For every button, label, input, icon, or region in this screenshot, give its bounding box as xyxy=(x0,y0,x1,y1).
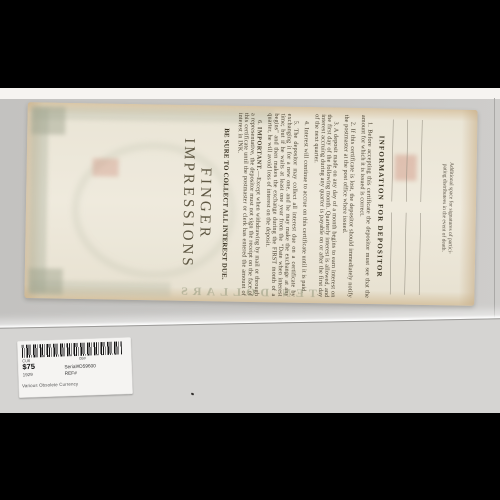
dealer-label: CU6 09# $75 1929 Serial#D59600 REF# Vari… xyxy=(17,337,133,398)
certificate-note: Additional space for signatures of parti… xyxy=(24,102,477,306)
holder-top-strip xyxy=(0,88,500,99)
signature-rule-row xyxy=(390,119,408,294)
year-label: 1929 xyxy=(23,372,33,377)
info-paragraph-5: 5. The depositor may collect all interes… xyxy=(264,113,299,297)
ghost-ten-dollars-showthrough: TEN DOLLARS xyxy=(148,284,344,301)
signature-line xyxy=(406,120,422,202)
ref-label: REF# xyxy=(65,370,77,376)
signature-line xyxy=(404,213,420,295)
serial-label: Serial#D59600 xyxy=(64,363,96,370)
description-label: Various Obsolete Currency xyxy=(22,381,78,388)
signature-line xyxy=(419,213,435,295)
info-heading: INFORMATION FOR DEPOSITOR xyxy=(374,113,385,300)
info-paragraph-4: 4. Interest will continue to accrue on t… xyxy=(300,114,310,297)
collect-interest-notice: BE SURE TO COLLECT ALL INTEREST DUE. xyxy=(220,110,231,297)
finger-impressions-title: FINGER IMPRESSIONS xyxy=(178,110,215,298)
signature-line xyxy=(390,212,406,294)
info-paragraph-3: 3. A deposit made on any day of a month … xyxy=(311,114,340,297)
certificate-back-text: Additional space for signatures of parti… xyxy=(35,107,466,301)
barcode-caption-right: 09# xyxy=(79,356,86,361)
info-paragraph-6: 6. IMPORTANT.—Except when withdrawing by… xyxy=(234,113,263,296)
holder-right-edge xyxy=(494,98,495,326)
signature-rules xyxy=(390,119,437,295)
photo-area: Additional space for signatures of parti… xyxy=(0,88,500,413)
signature-rule-row xyxy=(419,120,437,295)
info-paragraph-1: 1. Before accepting this certificate the… xyxy=(357,115,373,298)
price-label: $75 xyxy=(22,362,35,371)
signature-line xyxy=(421,120,437,202)
signature-line xyxy=(392,119,408,201)
signature-rule-row xyxy=(404,120,422,295)
info-paragraph-2: 2. If this certificate is lost, the depo… xyxy=(341,115,357,298)
additional-space-note: Additional space for signatures of parti… xyxy=(440,128,456,287)
barcode xyxy=(22,341,122,357)
